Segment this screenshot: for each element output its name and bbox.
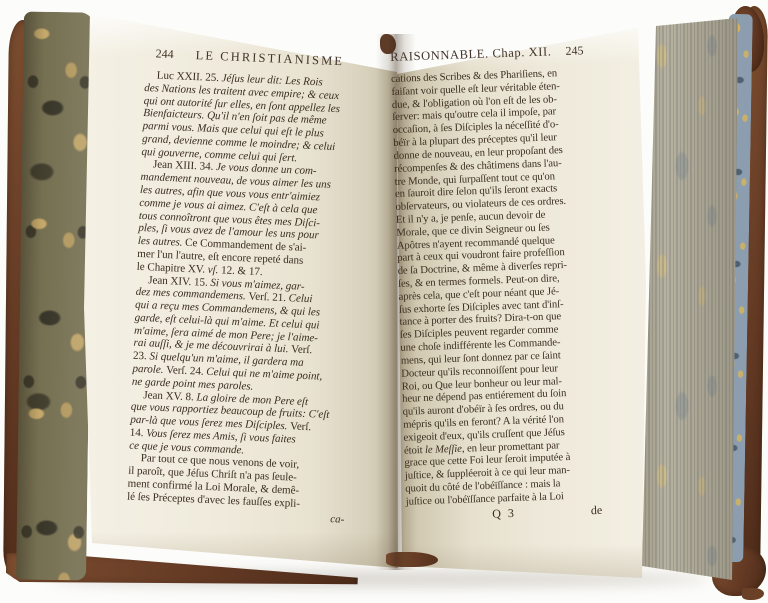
left-running-title: LE CHRISTIANISME xyxy=(195,48,344,69)
fore-edge-right xyxy=(642,16,738,582)
right-page-header: RAISONNABLE. Chap. XII. 245 xyxy=(390,43,596,65)
italic-text-segment: le Meſſie xyxy=(425,442,462,455)
roman-text-segment: 12. & 17. xyxy=(218,264,263,278)
roman-text-segment: le Chapitre XV. xyxy=(137,261,209,276)
roman-text-segment: Verſ. xyxy=(290,420,311,433)
leather-tear-detail xyxy=(742,588,764,600)
roman-text-segment: Verſ. xyxy=(291,344,312,357)
italic-text-segment: parole. xyxy=(132,363,166,376)
roman-text-segment: 14. xyxy=(130,427,147,440)
italic-text-segment: Celui xyxy=(288,292,312,305)
roman-text-segment: Verſ. 24. xyxy=(166,364,207,378)
book-photograph: 244 LE CHRISTIANISME Luc XXII. 25. Jéſus… xyxy=(0,0,768,603)
gutter-shadow xyxy=(376,34,416,570)
italic-text-segment: vſ. xyxy=(208,264,219,276)
marbled-fore-edge-left xyxy=(16,12,94,581)
roman-text-segment: 23. xyxy=(133,350,150,363)
roman-text-segment: Verſ. 21. xyxy=(248,291,289,305)
left-page-number: 244 xyxy=(155,46,174,62)
right-page-number: 245 xyxy=(565,43,584,59)
roman-text-segment: Jean XV. 8. xyxy=(143,389,197,403)
italic-text-segment: les autres. xyxy=(138,235,186,249)
left-page-body: Luc XXII. 25. Jéſus leur dit: Les Roisde… xyxy=(127,69,387,513)
gathering-signature: Q 3 xyxy=(492,506,516,522)
left-page-text: 244 LE CHRISTIANISME Luc XXII. 25. Jéſus… xyxy=(126,46,388,527)
right-page-text: RAISONNABLE. Chap. XII. 245 cations des … xyxy=(390,43,612,525)
right-catchword: de xyxy=(591,502,613,518)
right-page-body: cations des Scribes & des Phariſiens, en… xyxy=(391,66,612,509)
